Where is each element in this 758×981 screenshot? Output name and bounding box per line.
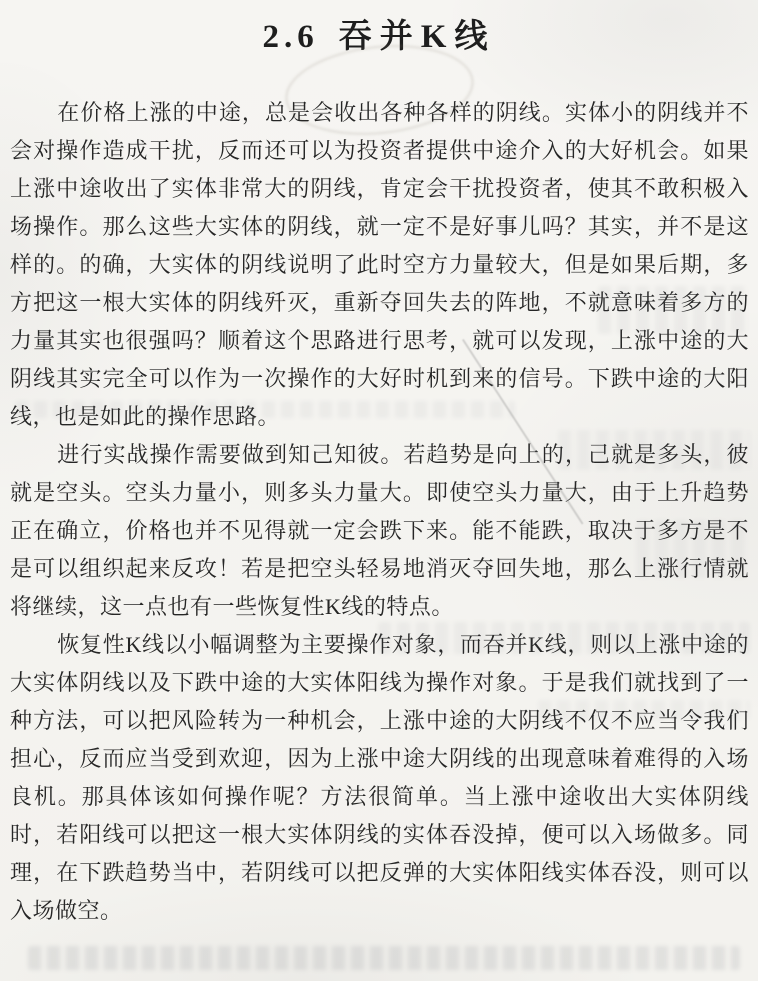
paragraph-1: 在价格上涨的中途，总是会收出各种各样的阴线。实体小的阴线并不会对操作造成干扰，反… xyxy=(10,94,749,436)
section-number: 2.6 xyxy=(263,19,319,55)
body-text: 在价格上涨的中途，总是会收出各种各样的阴线。实体小的阴线并不会对操作造成干扰，反… xyxy=(10,94,749,930)
section-heading: 2.6吞并K线 xyxy=(0,10,758,57)
section-title: 吞并K线 xyxy=(339,19,496,55)
paragraph-2: 进行实战操作需要做到知己知彼。若趋势是向上的，己就是多头，彼就是空头。空头力量小… xyxy=(10,436,749,626)
scanned-book-page: 2.6吞并K线 在价格上涨的中途，总是会收出各种各样的阴线。实体小的阴线并不会对… xyxy=(0,0,758,981)
paragraph-3: 恢复性K线以小幅调整为主要操作对象，而吞并K线，则以上涨中途的大实体阴线以及下跌… xyxy=(10,626,749,930)
bleedthrough-text-mark xyxy=(28,946,740,970)
